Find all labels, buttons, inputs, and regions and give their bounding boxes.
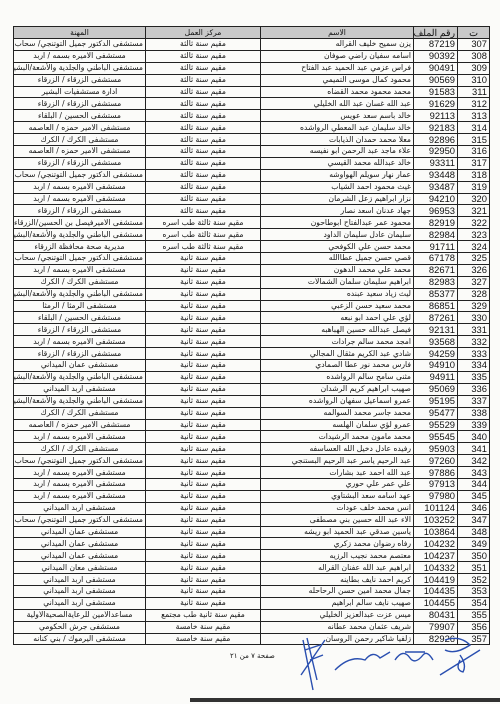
table-row: 33895477محمد جاسر محمد السوالمهمقيم سنة … bbox=[14, 407, 490, 419]
table-row: 31392113خالد باسم سعد عويسمقيم سنة ثالثة… bbox=[14, 110, 490, 122]
table-row: 33293568امجد محمد سالم جراداتمقيم سنة ثا… bbox=[14, 336, 490, 348]
table-row: 348103864ياسين صدقي عبد الحميد ابو ريشهم… bbox=[14, 526, 490, 538]
table-row: 33695069صهيب ابراهيم كريم الرشدانمقيم سن… bbox=[14, 383, 490, 395]
header-profession: المهنة bbox=[14, 27, 146, 39]
row-profession: مستشفى الدكتور جميل التوتنجي/ سحاب bbox=[14, 455, 146, 467]
row-profession: مستشفى الباطني والجلدية والأشعة/البشير bbox=[14, 229, 146, 241]
signature-3-icon bbox=[395, 652, 433, 661]
row-profession: مستشفى الكرك / الكرك bbox=[14, 276, 146, 288]
table-row: 32567178قصي حسن جميل عطااللهمقيم سنة ثان… bbox=[14, 253, 490, 265]
row-work-center: مقيم سنة ثانية bbox=[146, 574, 261, 586]
row-seq: 352 bbox=[458, 574, 490, 586]
row-work-center: مقيم سنة ثانية bbox=[146, 431, 261, 443]
table-row: 34397886عبد الله احمد عبد بشاراتمقيم سنة… bbox=[14, 467, 490, 479]
row-work-center: مقيم سنة ثانية bbox=[146, 288, 261, 300]
row-name: محمود عمر عبدالفتاح ابوطاحون bbox=[261, 217, 414, 229]
row-work-center: مقيم سنة ثانية bbox=[146, 324, 261, 336]
row-file-no: 94210 bbox=[414, 193, 458, 205]
row-profession: مستشفى الاميره بسمه / اربد bbox=[14, 336, 146, 348]
row-file-no: 85377 bbox=[414, 288, 458, 300]
row-profession: مستشفى الامير حمزه / العاصمه bbox=[14, 146, 146, 158]
row-profession: مستشفى جرش الحكومي bbox=[14, 621, 146, 633]
row-seq: 355 bbox=[458, 609, 490, 621]
row-name: معلا محمد حمدان الذيابات bbox=[261, 134, 414, 146]
row-work-center: مقيم سنة ثالثة bbox=[146, 39, 261, 51]
row-seq: 325 bbox=[458, 253, 490, 265]
row-name: عهد اسامه سعد البشتاوي bbox=[261, 490, 414, 502]
row-seq: 330 bbox=[458, 312, 490, 324]
row-profession: مستشفى الاميره بسمه / اربد bbox=[14, 193, 146, 205]
row-work-center: مقيم سنة ثانية bbox=[146, 336, 261, 348]
row-seq: 333 bbox=[458, 348, 490, 360]
bottom-border bbox=[190, 698, 500, 702]
table-row: 32491711محمد حسن علي الكوفحيمقيم سنة ثال… bbox=[14, 241, 490, 253]
row-seq: 354 bbox=[458, 597, 490, 609]
row-profession: مديرية صحة محافظة الزرقاء bbox=[14, 241, 146, 253]
row-profession: مستشفى الاميره بسمه / اربد bbox=[14, 467, 146, 479]
table-row: 31793311خالد عبدالله محمد القيسيمقيم سنة… bbox=[14, 157, 490, 169]
row-profession: مستشفى عمان الميداني bbox=[14, 360, 146, 372]
row-work-center: مقيم سنة ثانية bbox=[146, 550, 261, 562]
row-seq: 349 bbox=[458, 538, 490, 550]
table-row: 34497913علي عمر علي حوريمقيم سنة ثانيةمس… bbox=[14, 478, 490, 490]
row-profession: مستشفى الاميره بسمه / اربد bbox=[14, 431, 146, 443]
row-seq: 328 bbox=[458, 288, 490, 300]
row-file-no: 87261 bbox=[414, 312, 458, 324]
row-file-no: 95529 bbox=[414, 419, 458, 431]
row-name: انس محمد خلف عودات bbox=[261, 502, 414, 514]
row-profession: مستشفى الاميره بسمه / اربد bbox=[14, 264, 146, 276]
row-work-center: مقيم سنة ثالثة bbox=[146, 50, 261, 62]
row-name: صهيب نايف سالم ابراهيم bbox=[261, 597, 414, 609]
row-name: فراس عزمي عبد الحميد عبد الفتاح bbox=[261, 62, 414, 74]
row-name: عمرو لؤي سلمان الهلسه bbox=[261, 419, 414, 431]
row-work-center: مقيم سنة ثالثة bbox=[146, 157, 261, 169]
row-profession: مستشفى الكرك / الكرك bbox=[14, 443, 146, 455]
row-file-no: 80431 bbox=[414, 609, 458, 621]
row-work-center: مقيم سنة ثالثة bbox=[146, 146, 261, 158]
table-row: 32885377ليث زياد سعيد عبندهمقيم سنة ثاني… bbox=[14, 288, 490, 300]
row-name: خالد باسم سعد عويس bbox=[261, 110, 414, 122]
row-file-no: 93487 bbox=[414, 181, 458, 193]
row-profession: مستشفى الاميره بسمه / اربد bbox=[14, 490, 146, 502]
signatures bbox=[295, 630, 485, 700]
row-work-center: مقيم سنة ثانية bbox=[146, 360, 261, 372]
row-file-no: 90569 bbox=[414, 74, 458, 86]
row-name: الاء عبد الله حسين بني مصطفى bbox=[261, 514, 414, 526]
row-name: محمد سعيد حسن الزعبي bbox=[261, 300, 414, 312]
row-profession: مستشفى الدكتور جميل التوتنجي/ سحاب bbox=[14, 253, 146, 265]
row-work-center: مقيم سنة ثالثة bbox=[146, 169, 261, 181]
table-row: 353104435جمال محمد امين حسن الرحاحلهمقيم… bbox=[14, 585, 490, 597]
table-row: 31993487غيث محمود احمد الشيابمقيم سنة ثا… bbox=[14, 181, 490, 193]
row-seq: 308 bbox=[458, 50, 490, 62]
row-name: يزن سميح خليف القراله bbox=[261, 39, 414, 51]
row-name: محمد جاسر محمد السوالمه bbox=[261, 407, 414, 419]
table-row: 34095545محمد مامون محمد الرشيداتمقيم سنة… bbox=[14, 431, 490, 443]
row-file-no: 97260 bbox=[414, 455, 458, 467]
row-name: محمد حسن علي الكوفحي bbox=[261, 241, 414, 253]
row-name: ياسين صدقي عبد الحميد ابو ريشه bbox=[261, 526, 414, 538]
row-seq: 319 bbox=[458, 181, 490, 193]
row-file-no: 103252 bbox=[414, 514, 458, 526]
row-name: غيث محمود احمد الشياب bbox=[261, 181, 414, 193]
table-row: 33795195عمرو اسماعيل سفهان الرواشدهمقيم … bbox=[14, 395, 490, 407]
row-name: قصي حسن جميل عطاالله bbox=[261, 253, 414, 265]
row-file-no: 92131 bbox=[414, 324, 458, 336]
header-name: الاسم bbox=[261, 27, 414, 39]
row-seq: 339 bbox=[458, 419, 490, 431]
row-name: محمد مامون محمد الرشيدات bbox=[261, 431, 414, 443]
row-seq: 307 bbox=[458, 39, 490, 51]
header-seq: ت bbox=[458, 27, 490, 39]
row-work-center: مقيم سنة ثالثة bbox=[146, 110, 261, 122]
row-work-center: مقيم سنة ثانية bbox=[146, 514, 261, 526]
row-profession: ادارة مستشفيات البشير bbox=[14, 86, 146, 98]
row-name: عمار نهار سويلم الهواوشه bbox=[261, 169, 414, 181]
row-file-no: 93448 bbox=[414, 169, 458, 181]
row-name: رفيده عادل دخيل الله العساسفه bbox=[261, 443, 414, 455]
row-name: خالد سليمان عبد المعطي الرواشده bbox=[261, 122, 414, 134]
row-work-center: مقيم سنة ثانية bbox=[146, 455, 261, 467]
row-file-no: 104232 bbox=[414, 538, 458, 550]
row-file-no: 67178 bbox=[414, 253, 458, 265]
row-profession: مستشفى الرمثا / الرمثا bbox=[14, 300, 146, 312]
row-file-no: 93311 bbox=[414, 157, 458, 169]
row-work-center: مقيم سنة ثالثة bbox=[146, 134, 261, 146]
row-file-no: 92113 bbox=[414, 110, 458, 122]
row-profession: مستشفى معان الميداني bbox=[14, 562, 146, 574]
row-seq: 321 bbox=[458, 205, 490, 217]
table-row: 32282919محمود عمر عبدالفتاح ابوطاحونمقيم… bbox=[14, 217, 490, 229]
row-work-center: مقيم سنة ثانية bbox=[146, 562, 261, 574]
signature-1-icon bbox=[301, 638, 325, 690]
table-row: 30787219يزن سميح خليف القرالهمقيم سنة ثا… bbox=[14, 39, 490, 51]
row-file-no: 103864 bbox=[414, 526, 458, 538]
table-row: 33192131فيصل عبدالله حسين الهباهبهمقيم س… bbox=[14, 324, 490, 336]
row-profession: مستشفى الكرك / الكرك bbox=[14, 407, 146, 419]
row-name: علي عمر علي حوري bbox=[261, 478, 414, 490]
row-seq: 313 bbox=[458, 110, 490, 122]
row-work-center: مقيم سنة ثانية bbox=[146, 490, 261, 502]
row-file-no: 91583 bbox=[414, 86, 458, 98]
row-name: محمد علي محمد الدهون bbox=[261, 264, 414, 276]
row-profession: مستشفى عمان الميداني bbox=[14, 550, 146, 562]
row-name: خالد عبدالله محمد القيسي bbox=[261, 157, 414, 169]
row-work-center: مقيم سنة ثانية bbox=[146, 467, 261, 479]
row-work-center: مقيم سنة ثانية bbox=[146, 253, 261, 265]
row-profession: مستشفى الباطني والجلدية والأشعة/البشير bbox=[14, 371, 146, 383]
table-row: 32782983ابراهيم سليمان سلمان الشمالاتمقي… bbox=[14, 276, 490, 288]
row-name: علاء ماجد عبد الرحمن ابو نفيسه bbox=[261, 146, 414, 158]
row-seq: 346 bbox=[458, 502, 490, 514]
row-work-center: مقيم سنة ثانية bbox=[146, 348, 261, 360]
table-row: 32986851محمد سعيد حسن الزعبيمقيم سنة ثان… bbox=[14, 300, 490, 312]
row-profession: مستشفى الباطني والجلدية والأشعة/البشير bbox=[14, 288, 146, 300]
row-profession: مستشفى الباطني والجلدية والأشعة/البشير bbox=[14, 62, 146, 74]
row-file-no: 97980 bbox=[414, 490, 458, 502]
row-seq: 318 bbox=[458, 169, 490, 181]
row-file-no: 97886 bbox=[414, 467, 458, 479]
table-row: 346101124انس محمد خلف عوداتمقيم سنة ثاني… bbox=[14, 502, 490, 514]
row-work-center: مقيم سنة ثانية bbox=[146, 478, 261, 490]
row-profession: مستشفى الحسين / البلقاء bbox=[14, 110, 146, 122]
row-profession: مستشفى الدكتور جميل التوتنجي/ سحاب bbox=[14, 514, 146, 526]
row-name: محمود كمال موسى التميمي bbox=[261, 74, 414, 86]
row-profession: مستشفى الزرقاء / الزرقاء bbox=[14, 98, 146, 110]
row-seq: 353 bbox=[458, 585, 490, 597]
row-name: سليمان عادل سليمان الداود bbox=[261, 229, 414, 241]
row-file-no: 95195 bbox=[414, 395, 458, 407]
row-name: ليث زياد سعيد عبنده bbox=[261, 288, 414, 300]
row-file-no: 101124 bbox=[414, 502, 458, 514]
row-file-no: 104455 bbox=[414, 597, 458, 609]
row-name: عمرو اسماعيل سفهان الرواشده bbox=[261, 395, 414, 407]
row-work-center: مقيم سنة ثالثة bbox=[146, 62, 261, 74]
row-name: فارس محمد نور عطا الصمادي bbox=[261, 360, 414, 372]
row-seq: 310 bbox=[458, 74, 490, 86]
row-profession: مستشفى الامير حمزه / العاصمه bbox=[14, 122, 146, 134]
row-work-center: مقيم سنة ثانية bbox=[146, 312, 261, 324]
table-row: 31291629عبد الله غسان عبد الله الخليليمق… bbox=[14, 98, 490, 110]
row-name: عبد الرحيم ياسر عبد الرحيم البستنجي bbox=[261, 455, 414, 467]
table-row: 33995529عمرو لؤي سلمان الهلسهمقيم سنة ثا… bbox=[14, 419, 490, 431]
row-profession: مستشفى الباطني والجلدية والأشعة/البشير bbox=[14, 395, 146, 407]
table-row: 351104332ابراهيم عبد الله عفنان القرالهم… bbox=[14, 562, 490, 574]
row-work-center: مقيم سنة ثالثة bbox=[146, 181, 261, 193]
table-row: 32682671محمد علي محمد الدهونمقيم سنة ثان… bbox=[14, 264, 490, 276]
table-row: 354104455صهيب نايف سالم ابراهيممقيم سنة … bbox=[14, 597, 490, 609]
table-body: 30787219يزن سميح خليف القرالهمقيم سنة ثا… bbox=[14, 39, 490, 645]
row-seq: 317 bbox=[458, 157, 490, 169]
row-name: عبد الله احمد عبد بشارات bbox=[261, 467, 414, 479]
table-row: 31893448عمار نهار سويلم الهواوشهمقيم سنة… bbox=[14, 169, 490, 181]
row-profession: مستشفى الاميرفيصل بن الحسين/الزرقاء bbox=[14, 217, 146, 229]
row-profession: مستشفى اربد الميداني bbox=[14, 383, 146, 395]
row-profession: مستشفى الكرك / الكرك bbox=[14, 134, 146, 146]
row-work-center: مقيم سنة ثالثة طب اسره bbox=[146, 217, 261, 229]
row-file-no: 82919 bbox=[414, 217, 458, 229]
row-seq: 338 bbox=[458, 407, 490, 419]
row-name: صهيب ابراهيم كريم الرشدان bbox=[261, 383, 414, 395]
row-seq: 324 bbox=[458, 241, 490, 253]
row-work-center: مقيم سنة ثانية bbox=[146, 526, 261, 538]
table-row: 31090569محمود كمال موسى التميميمقيم سنة … bbox=[14, 74, 490, 86]
row-work-center: مقيم سنة ثانية bbox=[146, 419, 261, 431]
row-profession: مستشفى اربد الميداني bbox=[14, 574, 146, 586]
row-seq: 316 bbox=[458, 146, 490, 158]
row-file-no: 95903 bbox=[414, 443, 458, 455]
row-work-center: مقيم سنة ثانية طب مجتمع bbox=[146, 609, 261, 621]
row-name: كريم احمد نايف بطاينه bbox=[261, 574, 414, 586]
table-row: 33087261لؤي علي احمد ابو نبعهمقيم سنة ثا… bbox=[14, 312, 490, 324]
row-work-center: مقيم سنة ثانية bbox=[146, 538, 261, 550]
row-file-no: 90392 bbox=[414, 50, 458, 62]
row-profession: مستشفى الزرقاء / الزرقاء bbox=[14, 157, 146, 169]
row-name: مثنى سامح سالم الرواشده bbox=[261, 371, 414, 383]
row-profession: مستشفى عمان الميداني bbox=[14, 538, 146, 550]
row-file-no: 82984 bbox=[414, 229, 458, 241]
row-seq: 340 bbox=[458, 431, 490, 443]
table-row: 32196953جهاد عدنان اسعد نصارمقيم سنة ثال… bbox=[14, 205, 490, 217]
row-seq: 311 bbox=[458, 86, 490, 98]
table-row: 35580431ميس عزت عبدالعزيز الخليليمقيم سن… bbox=[14, 609, 490, 621]
row-seq: 347 bbox=[458, 514, 490, 526]
row-profession: مستشفى اربد الميداني bbox=[14, 597, 146, 609]
row-work-center: مقيم سنة ثانية bbox=[146, 264, 261, 276]
row-work-center: مقيم سنة ثالثة bbox=[146, 74, 261, 86]
row-work-center: مقيم سنة ثانية bbox=[146, 443, 261, 455]
table-row: 33494910فارس محمد نور عطا الصماديمقيم سن… bbox=[14, 360, 490, 372]
row-profession: مستشفى عمان الميداني bbox=[14, 526, 146, 538]
row-work-center: مقيم سنة خامسة bbox=[146, 633, 261, 645]
row-seq: 336 bbox=[458, 383, 490, 395]
row-seq: 312 bbox=[458, 98, 490, 110]
row-work-center: مقيم سنة ثالثة طب اسره bbox=[146, 229, 261, 241]
row-seq: 341 bbox=[458, 443, 490, 455]
row-name: ابراهيم عبد الله عفنان القراله bbox=[261, 562, 414, 574]
row-seq: 335 bbox=[458, 371, 490, 383]
row-work-center: مقيم سنة ثالثة bbox=[146, 86, 261, 98]
row-file-no: 95477 bbox=[414, 407, 458, 419]
table-row: 31592896معلا محمد حمدان الذياباتمقيم سنة… bbox=[14, 134, 490, 146]
row-file-no: 97913 bbox=[414, 478, 458, 490]
row-work-center: مقيم سنة ثانية bbox=[146, 371, 261, 383]
row-profession: مستشفى الاميره بسمه / اربد bbox=[14, 478, 146, 490]
row-work-center: مقيم سنة ثانية bbox=[146, 597, 261, 609]
row-seq: 309 bbox=[458, 62, 490, 74]
row-name: جهاد عدنان اسعد نصار bbox=[261, 205, 414, 217]
row-name: عبد الله غسان عبد الله الخليلي bbox=[261, 98, 414, 110]
row-work-center: مقيم سنة ثالثة bbox=[146, 193, 261, 205]
table-row: 33594911مثنى سامح سالم الرواشدهمقيم سنة … bbox=[14, 371, 490, 383]
row-seq: 342 bbox=[458, 455, 490, 467]
row-work-center: مقيم سنة ثالثة bbox=[146, 205, 261, 217]
row-profession: مستشفى الاميره بسمه / اربد bbox=[14, 181, 146, 193]
row-work-center: مقيم سنة ثانية bbox=[146, 502, 261, 514]
row-profession: مستشفى الامير حمزه / العاصمه bbox=[14, 419, 146, 431]
personnel-table: ت رقم الملف الاسم مركز العمل المهنة 3078… bbox=[13, 26, 490, 645]
table-row: 349104232رفاه رضوان محمد زكريمقيم سنة ثا… bbox=[14, 538, 490, 550]
row-seq: 344 bbox=[458, 478, 490, 490]
row-profession: مستشفى الاميره بسمه / اربد bbox=[14, 50, 146, 62]
table-header-row: ت رقم الملف الاسم مركز العمل المهنة bbox=[14, 27, 490, 39]
row-profession: مساعدالامين للرعايةالصحيةالاولية bbox=[14, 609, 146, 621]
table-row: 350104237معتصم محمد نجيب الرزيهمقيم سنة … bbox=[14, 550, 490, 562]
row-file-no: 104332 bbox=[414, 562, 458, 574]
row-name: فيصل عبدالله حسين الهباهبه bbox=[261, 324, 414, 336]
table-row: 31692950علاء ماجد عبد الرحمن ابو نفيسهمق… bbox=[14, 146, 490, 158]
table-row: 32382984سليمان عادل سليمان الداودمقيم سن… bbox=[14, 229, 490, 241]
row-seq: 332 bbox=[458, 336, 490, 348]
row-seq: 351 bbox=[458, 562, 490, 574]
row-seq: 334 bbox=[458, 360, 490, 372]
row-seq: 322 bbox=[458, 217, 490, 229]
row-profession: مستشفى اربد الميداني bbox=[14, 502, 146, 514]
header-work-center: مركز العمل bbox=[146, 27, 261, 39]
row-seq: 323 bbox=[458, 229, 490, 241]
row-work-center: مقيم سنة ثانية bbox=[146, 407, 261, 419]
row-name: امجد محمد سالم جرادات bbox=[261, 336, 414, 348]
table-row: 352104419كريم احمد نايف بطاينهمقيم سنة ث… bbox=[14, 574, 490, 586]
table-row: 31191583محمد محمود محمد القضاهمقيم سنة ث… bbox=[14, 86, 490, 98]
row-name: لؤي علي احمد ابو نبعه bbox=[261, 312, 414, 324]
row-file-no: 90491 bbox=[414, 62, 458, 74]
row-file-no: 92896 bbox=[414, 134, 458, 146]
row-file-no: 87219 bbox=[414, 39, 458, 51]
table-row: 31492183خالد سليمان عبد المعطي الرواشدهم… bbox=[14, 122, 490, 134]
row-name: محمد محمود محمد القضاه bbox=[261, 86, 414, 98]
page-number: صفحة ٧ من ٢١ bbox=[230, 652, 275, 660]
table-row: 30990491فراس عزمي عبد الحميد عبد الفتاحم… bbox=[14, 62, 490, 74]
row-file-no: 93568 bbox=[414, 336, 458, 348]
table-row: 32094210نزار ابراهيم زعل الشرمانمقيم سنة… bbox=[14, 193, 490, 205]
table-row: 34597980عهد اسامه سعد البشتاويمقيم سنة ث… bbox=[14, 490, 490, 502]
row-file-no: 104435 bbox=[414, 585, 458, 597]
row-seq: 337 bbox=[458, 395, 490, 407]
row-file-no: 95545 bbox=[414, 431, 458, 443]
row-name: ابراهيم سليمان سلمان الشمالات bbox=[261, 276, 414, 288]
row-seq: 343 bbox=[458, 467, 490, 479]
row-seq: 320 bbox=[458, 193, 490, 205]
row-name: شادي عبد الكريم مثقال المجالي bbox=[261, 348, 414, 360]
row-seq: 331 bbox=[458, 324, 490, 336]
row-work-center: مقيم سنة ثانية bbox=[146, 276, 261, 288]
signature-2-icon bbox=[335, 652, 390, 670]
row-file-no: 91711 bbox=[414, 241, 458, 253]
row-work-center: مقيم سنة ثالثة bbox=[146, 122, 261, 134]
table-row: 347103252الاء عبد الله حسين بني مصطفىمقي… bbox=[14, 514, 490, 526]
table-row: 33394259شادي عبد الكريم مثقال المجاليمقي… bbox=[14, 348, 490, 360]
row-seq: 326 bbox=[458, 264, 490, 276]
table-row: 34297260عبد الرحيم ياسر عبد الرحيم البست… bbox=[14, 455, 490, 467]
row-seq: 348 bbox=[458, 526, 490, 538]
row-seq: 350 bbox=[458, 550, 490, 562]
row-profession: مستشفى الزرقاء / الزرقاء bbox=[14, 348, 146, 360]
row-seq: 329 bbox=[458, 300, 490, 312]
table-row: 30890392اسامه سفيان راضي صوفانمقيم سنة ث… bbox=[14, 50, 490, 62]
row-name: نزار ابراهيم زعل الشرمان bbox=[261, 193, 414, 205]
row-profession: مستشفى الدكتور جميل التوتنجي/ سحاب bbox=[14, 39, 146, 51]
row-file-no: 91629 bbox=[414, 98, 458, 110]
row-work-center: مقيم سنة ثانية bbox=[146, 383, 261, 395]
row-file-no: 82983 bbox=[414, 276, 458, 288]
row-file-no: 92183 bbox=[414, 122, 458, 134]
row-profession: مستشفى الدكتور جميل التوتنجي/ سحاب bbox=[14, 169, 146, 181]
row-file-no: 104419 bbox=[414, 574, 458, 586]
row-work-center: مقيم سنة ثانية bbox=[146, 585, 261, 597]
row-name: اسامه سفيان راضي صوفان bbox=[261, 50, 414, 62]
row-work-center: مقيم سنة ثالثة طب اسره bbox=[146, 241, 261, 253]
row-file-no: 86851 bbox=[414, 300, 458, 312]
row-seq: 314 bbox=[458, 122, 490, 134]
row-work-center: مقيم سنة ثانية bbox=[146, 300, 261, 312]
row-name: جمال محمد امين حسن الرحاحله bbox=[261, 585, 414, 597]
table-row: 34195903رفيده عادل دخيل الله العساسفهمقي… bbox=[14, 443, 490, 455]
row-file-no: 95069 bbox=[414, 383, 458, 395]
row-name: ميس عزت عبدالعزيز الخليلي bbox=[261, 609, 414, 621]
row-name: معتصم محمد نجيب الرزيه bbox=[261, 550, 414, 562]
row-profession: مستشفى اربد الميداني bbox=[14, 585, 146, 597]
signature-4-icon bbox=[440, 638, 480, 675]
row-seq: 315 bbox=[458, 134, 490, 146]
row-file-no: 82671 bbox=[414, 264, 458, 276]
row-file-no: 94911 bbox=[414, 371, 458, 383]
row-work-center: مقيم سنة ثالثة bbox=[146, 98, 261, 110]
row-name: رفاه رضوان محمد زكري bbox=[261, 538, 414, 550]
row-profession: مستشفى الزرقاء / الزرقاء bbox=[14, 74, 146, 86]
row-profession: مستشفى اليرموك / بني كنانه bbox=[14, 633, 146, 645]
